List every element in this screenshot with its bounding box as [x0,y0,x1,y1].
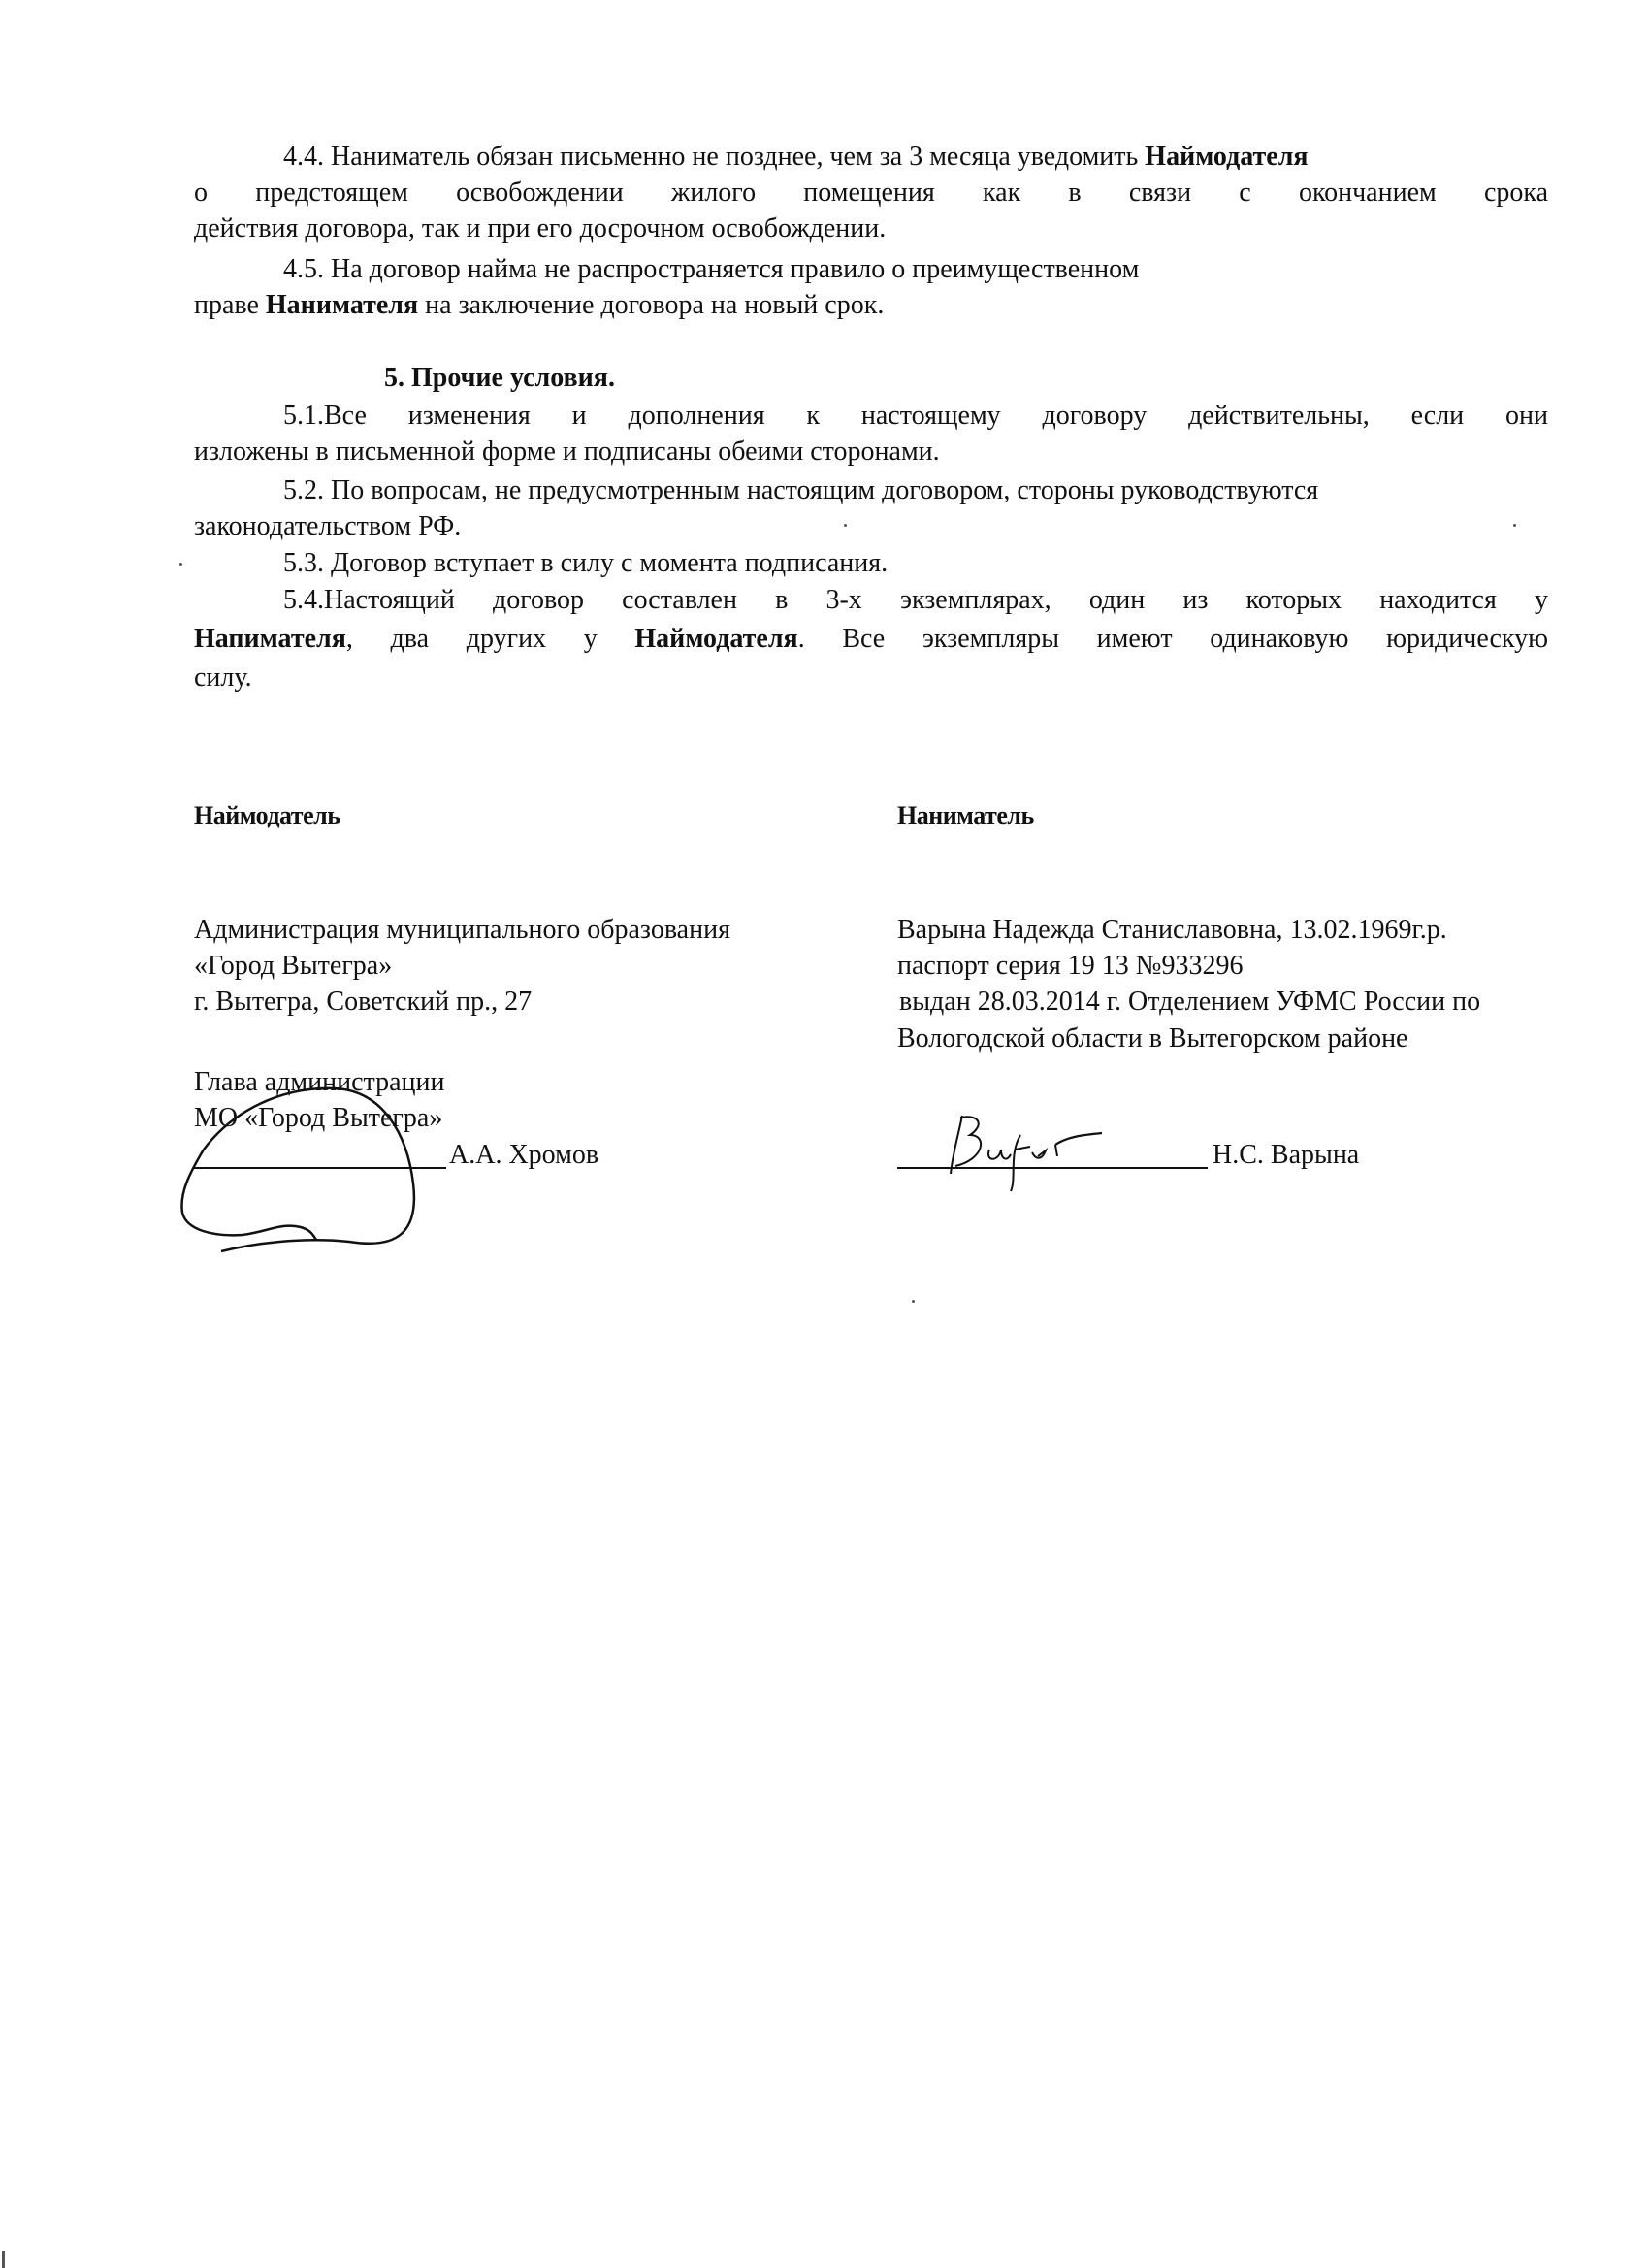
scan-speck [844,524,847,527]
document-page: 4.4. Наниматель обязан письменно не позд… [0,0,1649,2268]
tenant-passport: паспорт серия 19 13 №933296 [897,948,1243,984]
clause-4-4-line-1: 4.4. Наниматель обязан письменно не позд… [283,139,1309,175]
clause-5-2-line-2: законодательством РФ. [194,508,461,544]
clause-4-4-line-3: действия договора, так и при его досрочн… [194,211,886,246]
clause-4-5-line-2: праве Нанимателя на заключение договора … [194,287,884,323]
tenant-title: Наниматель [897,801,1034,830]
scan-speck [1513,524,1516,527]
clause-5-1-line-2: изложены в письменной форме и подписаны … [194,434,940,470]
tenant-term: Нанимателя [266,290,418,320]
clause-5-4-line-2: Напимателя, два других у Наймодателя. Вс… [194,621,1548,657]
clause-5-4-line-1: 5.4.Настоящий договор составлен в 3-х эк… [283,582,1548,618]
landlord-title: Наймодатель [194,801,339,830]
handwritten-loop-signature-icon [175,1077,485,1251]
handwritten-signature-icon [931,1106,1125,1193]
clause-5-1-line-1: 5.1.Все изменения и дополнения к настоящ… [283,398,1548,434]
scan-speck [179,563,182,566]
clause-5-2-line-1: 5.2. По вопросам, не предусмотренным нас… [283,472,1318,508]
landlord-org-line-1: Администрация муниципального образования [194,912,730,948]
scan-speck [912,1300,915,1303]
clause-4-4-line-2: о предстоящем освобождении жилого помеще… [194,175,1548,211]
section-5-heading: 5. Прочие условия. [384,363,615,394]
tenant-issued-line-2: Вологодской области в Вытегорском районе [897,1021,1407,1056]
tenant-signatory: Н.С. Варына [1212,1137,1359,1173]
clause-5-3: 5.3. Договор вступает в силу с момента п… [283,545,888,581]
tenant-issued-line-1: выдан 28.03.2014 г. Отделением УФМС Росс… [899,984,1480,1020]
scan-edge-mark [2,2251,5,2268]
landlord-org-line-2: «Город Вытегра» [194,948,392,984]
landlord-address: г. Вытегра, Советский пр., 27 [194,984,532,1020]
landlord-term: Наймодателя [1145,142,1308,172]
tenant-line-1: Варына Надежда Станиславовна, 13.02.1969… [897,912,1447,948]
clause-4-5-line-1: 4.5. На договор найма не распространяетс… [283,251,1139,287]
clause-5-4-line-3: силу. [194,660,252,696]
